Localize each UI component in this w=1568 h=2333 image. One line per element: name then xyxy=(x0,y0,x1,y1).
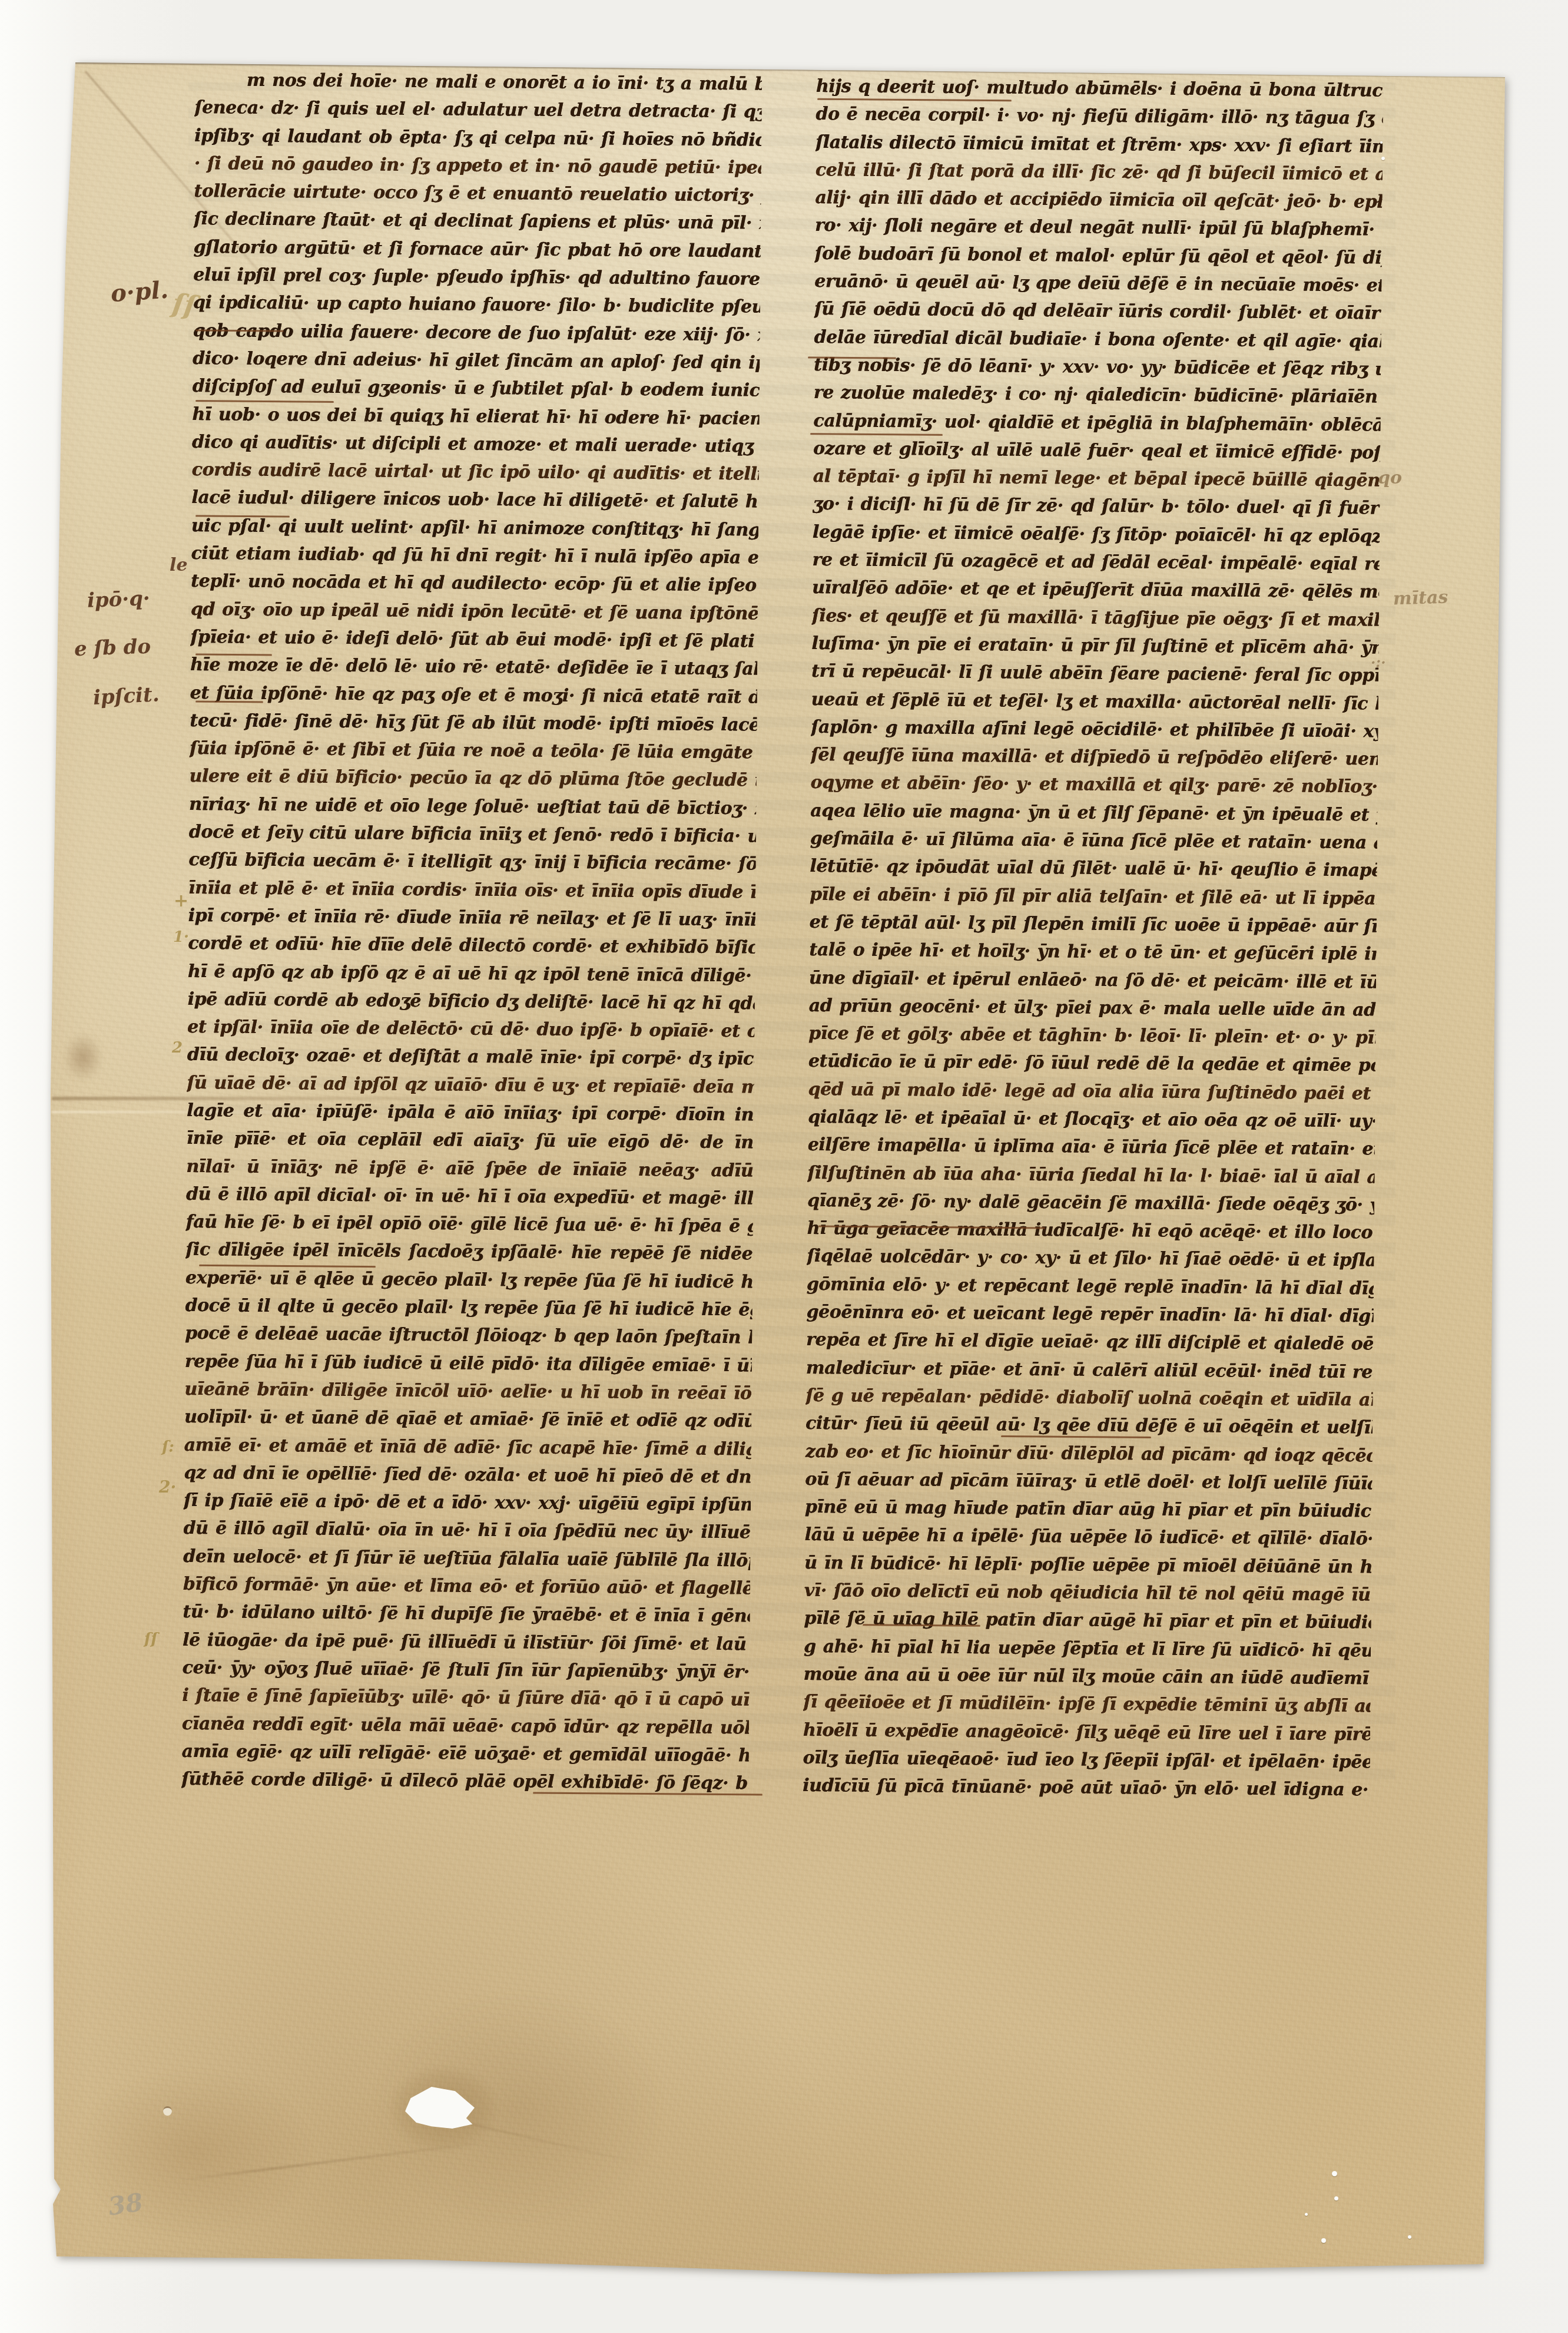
photo-scan: { "palette":{ "photo_background":"#f0efe… xyxy=(0,0,1568,2333)
parchment-leaf: m nos dei hoīe· ne mali e onorēt a io īn… xyxy=(0,0,1568,2333)
wax-speck xyxy=(1332,2171,1337,2176)
wax-speck xyxy=(1381,157,1385,160)
wax-specks-layer xyxy=(0,0,1568,2333)
wormhole xyxy=(163,2106,172,2116)
wax-speck xyxy=(1305,2213,1308,2216)
wax-speck xyxy=(1380,141,1383,144)
wax-speck xyxy=(1321,2238,1326,2243)
wax-speck xyxy=(1408,2235,1411,2239)
wax-speck xyxy=(1334,2196,1338,2200)
manuscript-leaf-wrap: m nos dei hoīe· ne mali e onorēt a io īn… xyxy=(0,0,1568,2333)
